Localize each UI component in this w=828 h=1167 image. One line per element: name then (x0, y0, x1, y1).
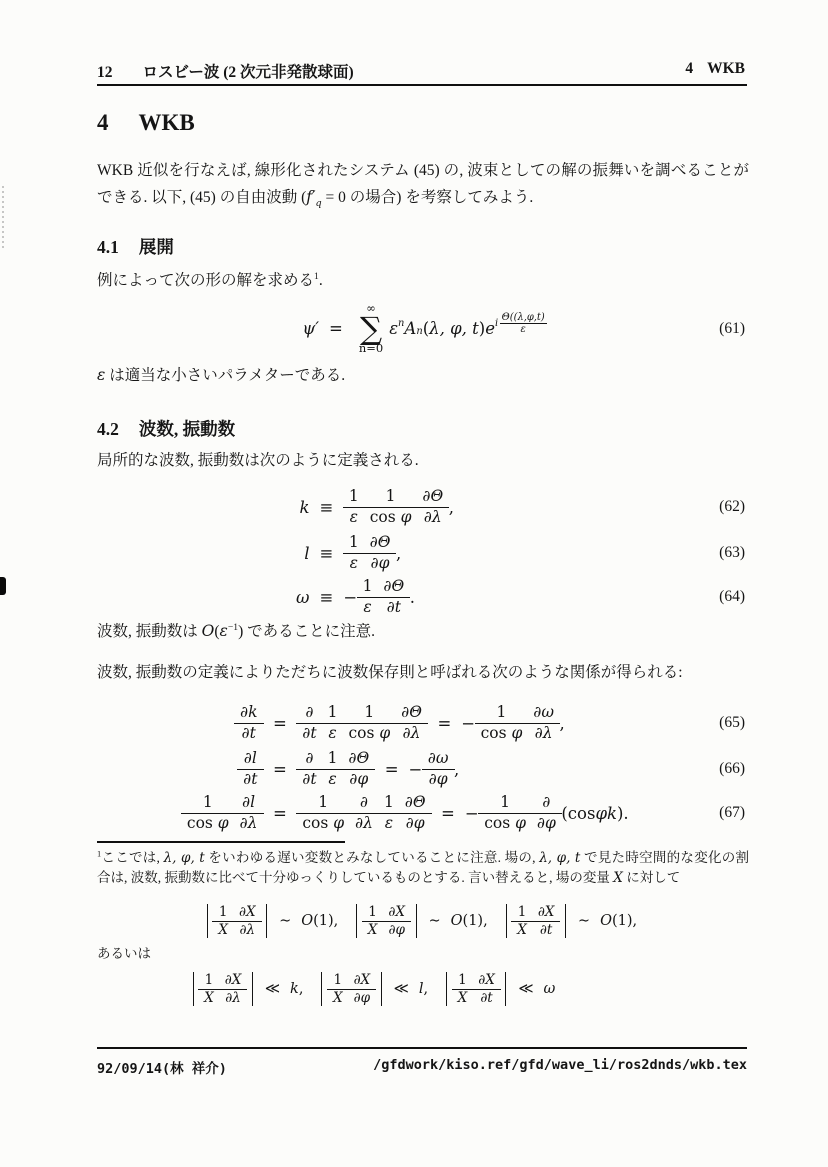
header-rule (97, 84, 747, 86)
paragraph-conservation: 波数, 振動数の定義によりただちに波数保存則と呼ばれる次のような関係が得られる: (97, 660, 749, 686)
running-section-name: WKB (707, 60, 745, 77)
equation-65-number: (65) (719, 714, 745, 732)
equation-66: ∂l∂t =∂∂t1ε∂Θ∂φ=−∂ω∂φ, (66) (97, 746, 745, 792)
equation-64-rhs: ≡−1ε∂Θ∂t. (310, 577, 570, 617)
section-heading: 4WKB (97, 110, 195, 136)
equation-61-number: (61) (719, 320, 745, 338)
subsection-42-number: 4.2 (97, 419, 119, 439)
equation-62-number: (62) (719, 498, 745, 516)
equation-67-number: (67) (719, 804, 745, 822)
equation-63-rhs: ≡1ε∂Θ∂φ, (310, 533, 570, 573)
running-title: ロスビー波 (2 次元非発散球面) (143, 64, 354, 81)
footnote-equation-1: 1X∂X∂λ∼O(1),1X∂X∂φ∼O(1),1X∂X∂t∼O(1), (97, 898, 745, 944)
subsection-heading-42: 4.2波数, 振動数 (97, 416, 235, 441)
equation-64: ω ≡−1ε∂Θ∂t. (64) (97, 574, 745, 620)
equation-67-lhs: 1cos φ∂l∂λ (113, 793, 263, 833)
paragraph-local-def: 局所的な波数, 振動数は次のように定義される. (97, 448, 749, 474)
section-number: 4 (97, 110, 109, 135)
page-number: 12 (97, 64, 113, 81)
subsection-42-title: 波数, 振動数 (139, 419, 235, 439)
equation-64-number: (64) (719, 588, 745, 606)
equation-63-lhs: l (265, 544, 310, 563)
footer-rule (97, 1047, 747, 1049)
scanned-document-page: 12ロスビー波 (2 次元非発散球面) 4WKB 4WKB WKB 近似を行なえ… (0, 0, 828, 1167)
equation-65-rhs: =∂∂t1ε1cos φ∂Θ∂λ=−1cos φ∂ω∂λ, (263, 703, 673, 743)
scan-artifact-ink-mark (0, 577, 6, 595)
footnote-rule (97, 841, 345, 843)
equation-61-rhs: =∞∑n=0εnAn(λ, φ, t)eiΘ((λ,φ,t)ε (319, 303, 679, 355)
equation-62-lhs: k (265, 498, 310, 517)
footnote-text: 1ここでは, λ, φ, t をいわゆる遅い変数とみなしていることに注意. 場の… (97, 848, 749, 888)
equation-67-rhs: =1cos φ∂∂λ1ε∂Θ∂φ=−1cos φ∂∂φ(cos φk). (263, 793, 673, 833)
equation-63: l ≡1ε∂Θ∂φ, (63) (97, 530, 745, 576)
paragraph-order-note: 波数, 振動数は O(ε−1) であることに注意. (97, 618, 749, 645)
section-title: WKB (139, 110, 195, 135)
subsection-41-title: 展開 (139, 237, 174, 257)
scan-artifact-dotted-edge (2, 186, 4, 248)
subsection-41-number: 4.1 (97, 237, 119, 257)
paragraph-seek-solution: 例によって次の形の解を求める1. (97, 268, 749, 294)
running-header-right: 4WKB (685, 60, 745, 78)
footer-file-path: /gfdwork/kiso.ref/gfd/wave_li/ros2dnds/w… (373, 1057, 747, 1073)
subsection-heading-41: 4.1展開 (97, 234, 174, 259)
equation-61: ψ′ =∞∑n=0εnAn(λ, φ, t)eiΘ((λ,φ,t)ε (61) (97, 298, 745, 360)
equation-62: k ≡1ε1cos φ∂Θ∂λ, (62) (97, 484, 745, 530)
running-section-number: 4 (685, 60, 693, 77)
paragraph-intro: WKB 近似を行なえば, 線形化されたシステム (45) の, 波束としての解の… (97, 158, 749, 211)
footnote-equation-2: 1X∂X∂λ≪k,1X∂X∂φ≪l,1X∂X∂t≪ω (49, 966, 697, 1012)
footnote-or-word: あるいは (97, 944, 749, 964)
footer-date-author: 92/09/14(林 祥介) (97, 1057, 227, 1077)
running-header-left: 12ロスビー波 (2 次元非発散球面) (97, 60, 354, 82)
equation-66-number: (66) (719, 760, 745, 778)
equation-66-rhs: =∂∂t1ε∂Θ∂φ=−∂ω∂φ, (263, 749, 673, 789)
equation-65-lhs: ∂k∂t (113, 703, 263, 743)
equation-66-lhs: ∂l∂t (113, 749, 263, 789)
equation-61-lhs: ψ′ (279, 319, 319, 338)
equation-67: 1cos φ∂l∂λ =1cos φ∂∂λ1ε∂Θ∂φ=−1cos φ∂∂φ(c… (97, 790, 745, 836)
paragraph-epsilon-note: ε は適当な小さいパラメターである. (97, 362, 749, 389)
equation-62-rhs: ≡1ε1cos φ∂Θ∂λ, (310, 487, 570, 527)
equation-65: ∂k∂t =∂∂t1ε1cos φ∂Θ∂λ=−1cos φ∂ω∂λ, (65) (97, 700, 745, 746)
equation-63-number: (63) (719, 544, 745, 562)
equation-64-lhs: ω (265, 588, 310, 607)
